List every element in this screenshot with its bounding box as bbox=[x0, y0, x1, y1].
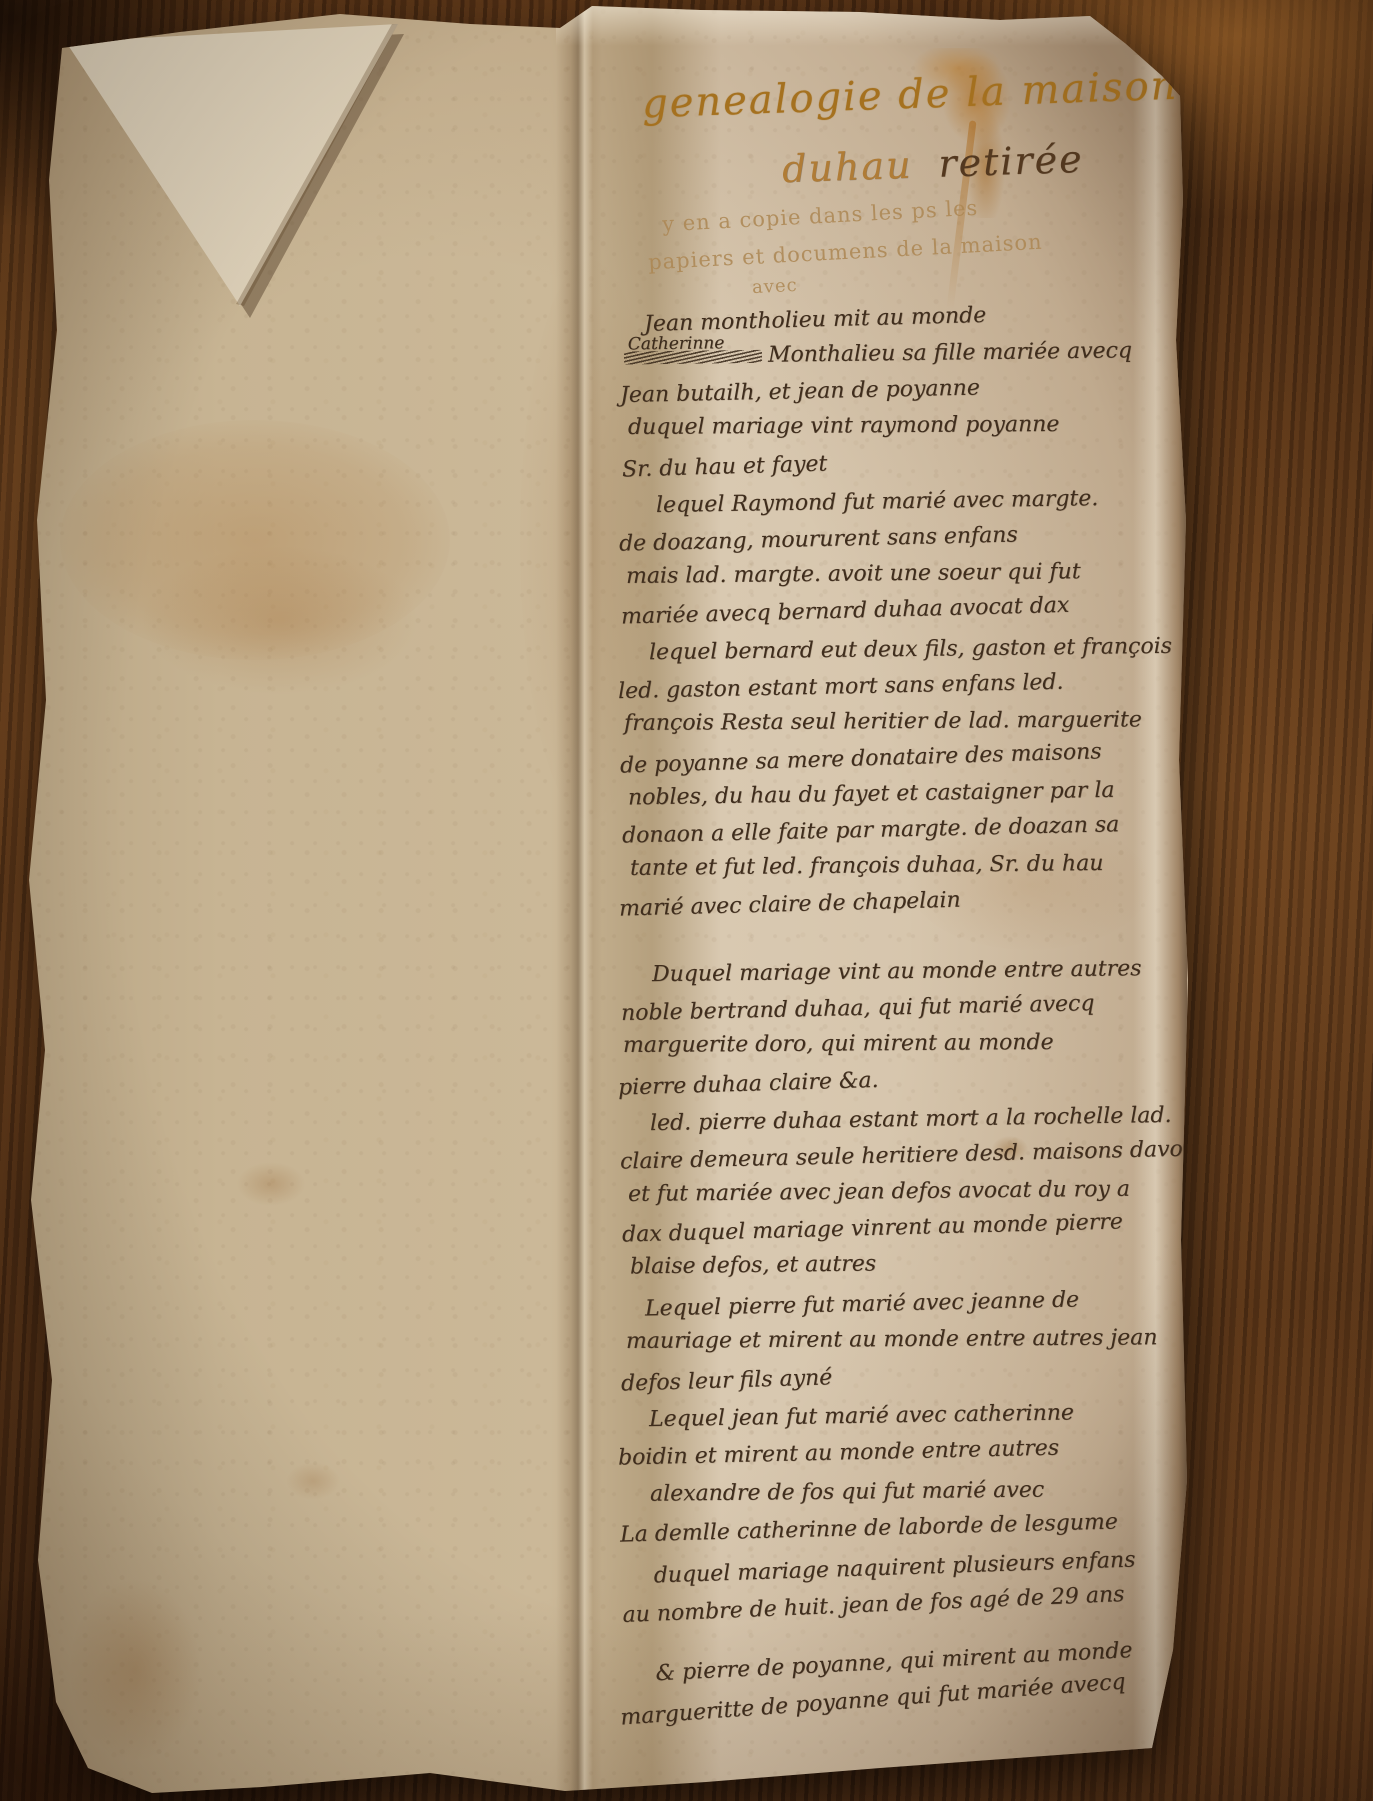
manuscript-paragraph: Lequel jean fut marié avec catherinneboi… bbox=[618, 1398, 1198, 1470]
title-note-3: avec bbox=[751, 275, 798, 298]
manuscript-text-block: Jean montholieu mit au mondeCatherinneMo… bbox=[618, 300, 1198, 1720]
foxing-spot bbox=[286, 1462, 340, 1500]
center-fold-crease bbox=[556, 0, 602, 1801]
manuscript-paragraph: & pierre de poyanne, qui mirent au monde… bbox=[617, 1632, 1200, 1728]
manuscript-paragraph: Lequel pierre fut marié avec jeanne dema… bbox=[618, 1286, 1198, 1394]
manuscript-paragraph: led. pierre duhaa estant mort a la roche… bbox=[618, 1102, 1198, 1282]
manuscript-paragraph: duquel mariage naquirent plusieurs enfan… bbox=[617, 1544, 1198, 1628]
manuscript-paragraph: lequel Raymond fut marié avec margte.de … bbox=[618, 484, 1198, 628]
manuscript-paragraph: alexandre de fos qui fut marié avecLa de… bbox=[618, 1474, 1198, 1546]
title-word-retiree: retirée bbox=[938, 137, 1085, 186]
manuscript-paragraph: Jean montholieu mit au mondeCatherinneMo… bbox=[618, 300, 1198, 480]
water-stain bbox=[140, 545, 420, 695]
paper-sheet-wrapper: genealogie de la maison duhauretirée y e… bbox=[0, 0, 1373, 1801]
top-paper-edge-highlight bbox=[556, 0, 1126, 46]
title-word-house-name: duhau bbox=[781, 143, 913, 192]
paper-sheet: genealogie de la maison duhauretirée y e… bbox=[0, 0, 1373, 1801]
manuscript-paragraph: Duquel mariage vint au monde entre autre… bbox=[618, 954, 1198, 1098]
foxing-spot bbox=[236, 1162, 306, 1206]
struck-word-scribble bbox=[624, 349, 762, 364]
photo-of-manuscript: genealogie de la maison duhauretirée y e… bbox=[0, 0, 1373, 1801]
manuscript-paragraph: lequel bernard eut deux fils, gaston et … bbox=[618, 632, 1198, 920]
edge-wear-stain bbox=[70, 1580, 200, 1760]
manuscript-line: blaise defos, et autres bbox=[630, 1243, 1198, 1286]
